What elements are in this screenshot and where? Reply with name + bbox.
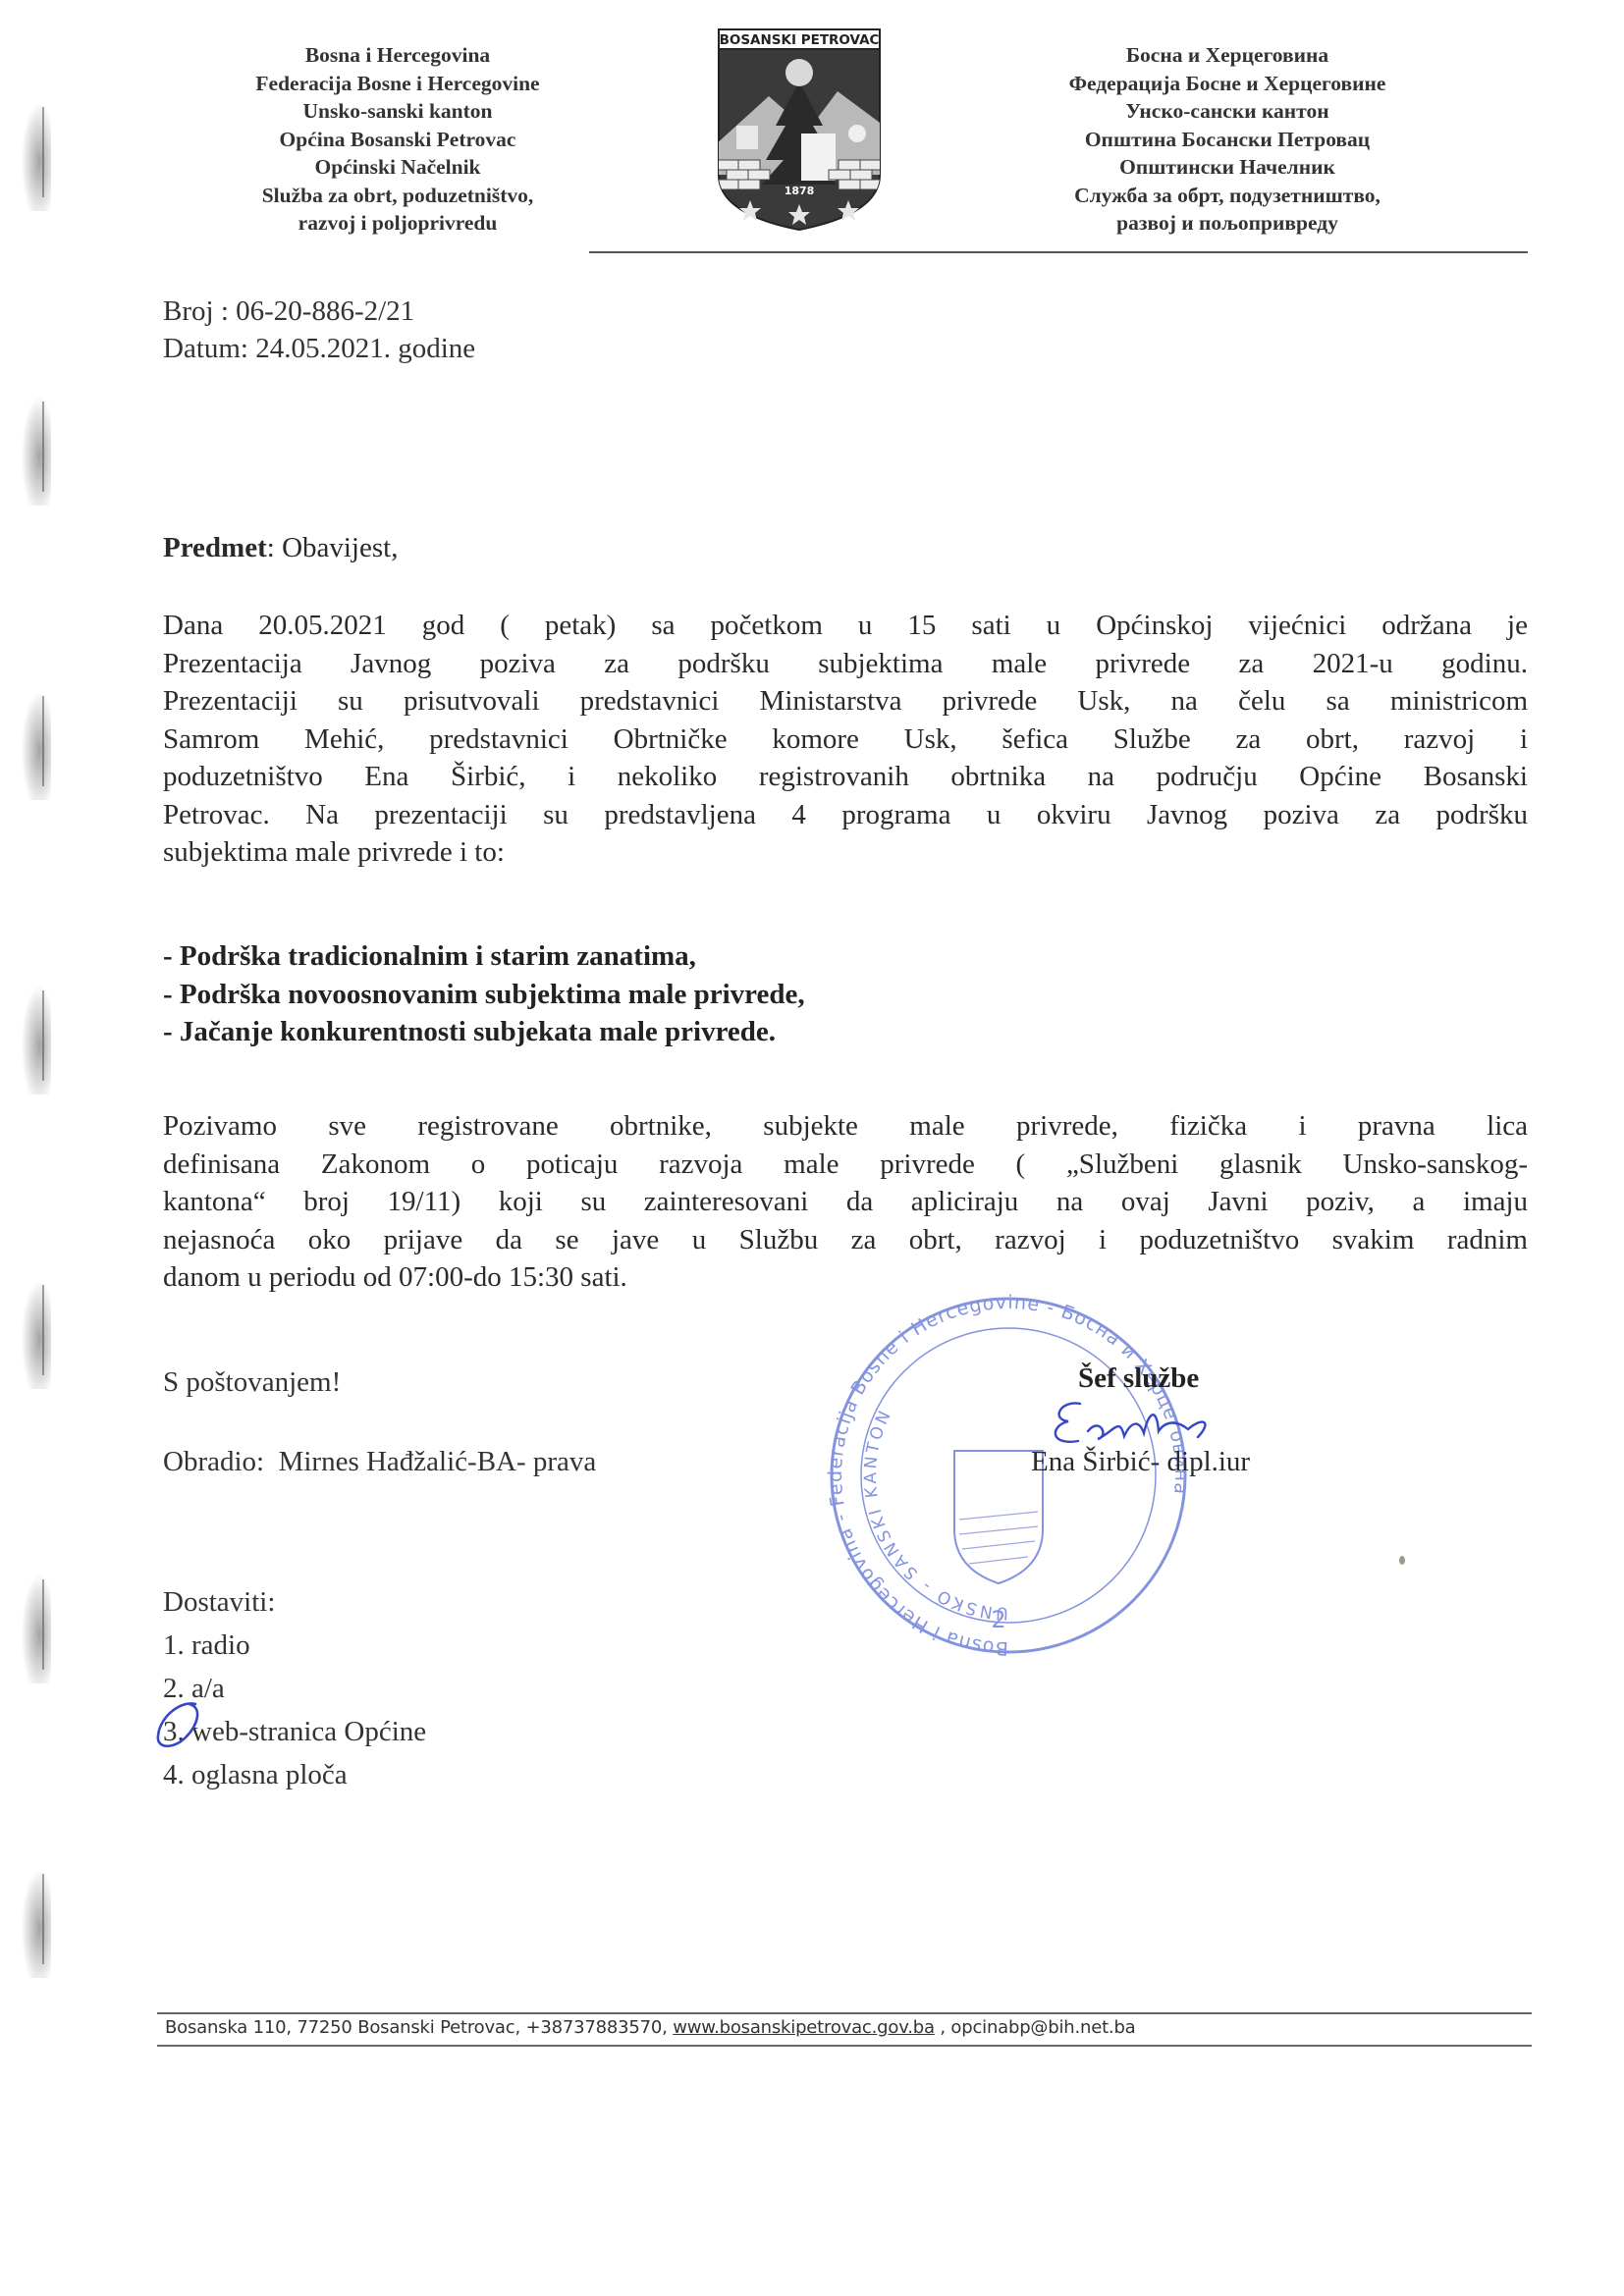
paragraph-line: Petrovac. Na prezentaciji su predstavlje…	[163, 796, 1528, 834]
subject-label: Predmet	[163, 532, 267, 563]
header-line: Федерација Босне и Херцеговине	[992, 70, 1463, 98]
coat-of-arms-icon: BOSANSKI PETROVAC 1878	[715, 27, 884, 234]
distribution-label: Dostaviti:	[163, 1580, 426, 1624]
header-line: Општина Босански Петровац	[992, 126, 1463, 154]
header-line: Federacija Bosne i Hercegovine	[201, 70, 594, 98]
scan-artifact	[22, 1281, 51, 1389]
stamp-number: 2	[991, 1606, 1005, 1633]
paragraph-line: Prezentacija Javnog poziva za podršku su…	[163, 645, 1528, 683]
subject-value: Obavijest,	[282, 532, 398, 563]
paragraph-line: Pozivamo sve registrovane obrtnike, subj…	[163, 1107, 1528, 1146]
processed-by: Obradio: Mirnes Hađžalić-BA- prava	[163, 1446, 596, 1478]
body-paragraph-1: Dana 20.05.2021 god ( petak) sa početkom…	[163, 607, 1528, 872]
scan-artifact	[22, 987, 51, 1095]
body-paragraph-2: Pozivamo sve registrovane obrtnike, subj…	[163, 1107, 1528, 1297]
header-line: Unsko-sanski kanton	[201, 97, 594, 126]
program-item: - Jačanje konkurentnosti subjekata male …	[163, 1013, 805, 1051]
footer-contact: Bosanska 110, 77250 Bosanski Petrovac, +…	[165, 2017, 1136, 2038]
footer-address: Bosanska 110, 77250 Bosanski Petrovac, +…	[165, 2017, 673, 2038]
footer-divider-bottom	[157, 2045, 1532, 2047]
header-latin: Bosna i Hercegovina Federacija Bosne i H…	[201, 41, 594, 238]
header-line: Općina Bosanski Petrovac	[201, 126, 594, 154]
paragraph-line: Dana 20.05.2021 god ( petak) sa početkom…	[163, 607, 1528, 645]
distribution-item: 4. oglasna ploča	[163, 1753, 426, 1796]
scan-artifact	[22, 1870, 51, 1978]
scan-speck	[1399, 1556, 1405, 1565]
distribution-item: 1. radio	[163, 1624, 426, 1667]
footer-email[interactable]: opcinabp@bih.net.ba	[950, 2017, 1135, 2038]
header-line: Општински Начелник	[992, 153, 1463, 182]
scan-artifact	[22, 398, 51, 506]
crest-year: 1878	[785, 185, 815, 197]
paragraph-line: Samrom Mehić, predstavnici Obrtničke kom…	[163, 721, 1528, 759]
paragraph-line: definisana Zakonom o poticaju razvoja ma…	[163, 1146, 1528, 1184]
subject-line: Predmet: Obavijest,	[163, 532, 398, 564]
document-number: Broj : 06-20-886-2/21	[163, 293, 475, 330]
header-line: Bosna i Hercegovina	[201, 41, 594, 70]
header-line: Služba za obrt, poduzetništvo,	[201, 182, 594, 210]
header-line: Служба за обрт, подузетништво,	[992, 182, 1463, 210]
paragraph-line: Prezentaciji su prisutvovali predstavnic…	[163, 682, 1528, 721]
distribution-list: Dostaviti: 1. radio 2. a/a 3. web-strani…	[163, 1580, 426, 1796]
header-divider	[589, 251, 1528, 253]
paragraph-line: kantona“ broj 19/11) koji su zainteresov…	[163, 1183, 1528, 1221]
signatory-name: Ena Širbić- dipl.iur	[1031, 1446, 1250, 1478]
paragraph-line: danom u periodu od 07:00-do 15:30 sati.	[163, 1258, 1528, 1297]
program-item: - Podrška tradicionalnim i starim zanati…	[163, 937, 805, 976]
crest-banner: BOSANSKI PETROVAC	[720, 32, 880, 48]
paragraph-line: nejasnoća oko prijave da se jave u Služb…	[163, 1221, 1528, 1259]
scan-artifact	[22, 103, 51, 211]
header-line: развој и пољопривреду	[992, 209, 1463, 238]
footer-divider-top	[157, 2012, 1532, 2014]
handwritten-signature-icon	[1041, 1392, 1237, 1451]
paragraph-line: poduzetništvo Ena Širbić, i nekoliko reg…	[163, 758, 1528, 796]
footer-website-link[interactable]: www.bosanskipetrovac.gov.ba	[673, 2017, 935, 2038]
document-date: Datum: 24.05.2021. godine	[163, 330, 475, 367]
signatory-title: Šef službe	[1078, 1362, 1199, 1395]
header-line: Босна и Херцеговина	[992, 41, 1463, 70]
header-line: Унско-сански кантон	[992, 97, 1463, 126]
programs-list: - Podrška tradicionalnim i starim zanati…	[163, 937, 805, 1051]
header-line: Općinski Načelnik	[201, 153, 594, 182]
paragraph-line: subjektima male privrede i to:	[163, 833, 1528, 872]
scan-artifact	[22, 1575, 51, 1683]
scan-artifact	[22, 692, 51, 800]
header-line: razvoj i poljoprivredu	[201, 209, 594, 238]
program-item: - Podrška novoosnovanim subjektima male …	[163, 976, 805, 1014]
document-meta: Broj : 06-20-886-2/21 Datum: 24.05.2021.…	[163, 293, 475, 367]
header-cyrillic: Босна и Херцеговина Федерација Босне и Х…	[992, 41, 1463, 238]
handwritten-circle-mark-icon	[152, 1698, 203, 1751]
closing-regards: S poštovanjem!	[163, 1366, 341, 1399]
footer-separator: ,	[935, 2017, 951, 2038]
